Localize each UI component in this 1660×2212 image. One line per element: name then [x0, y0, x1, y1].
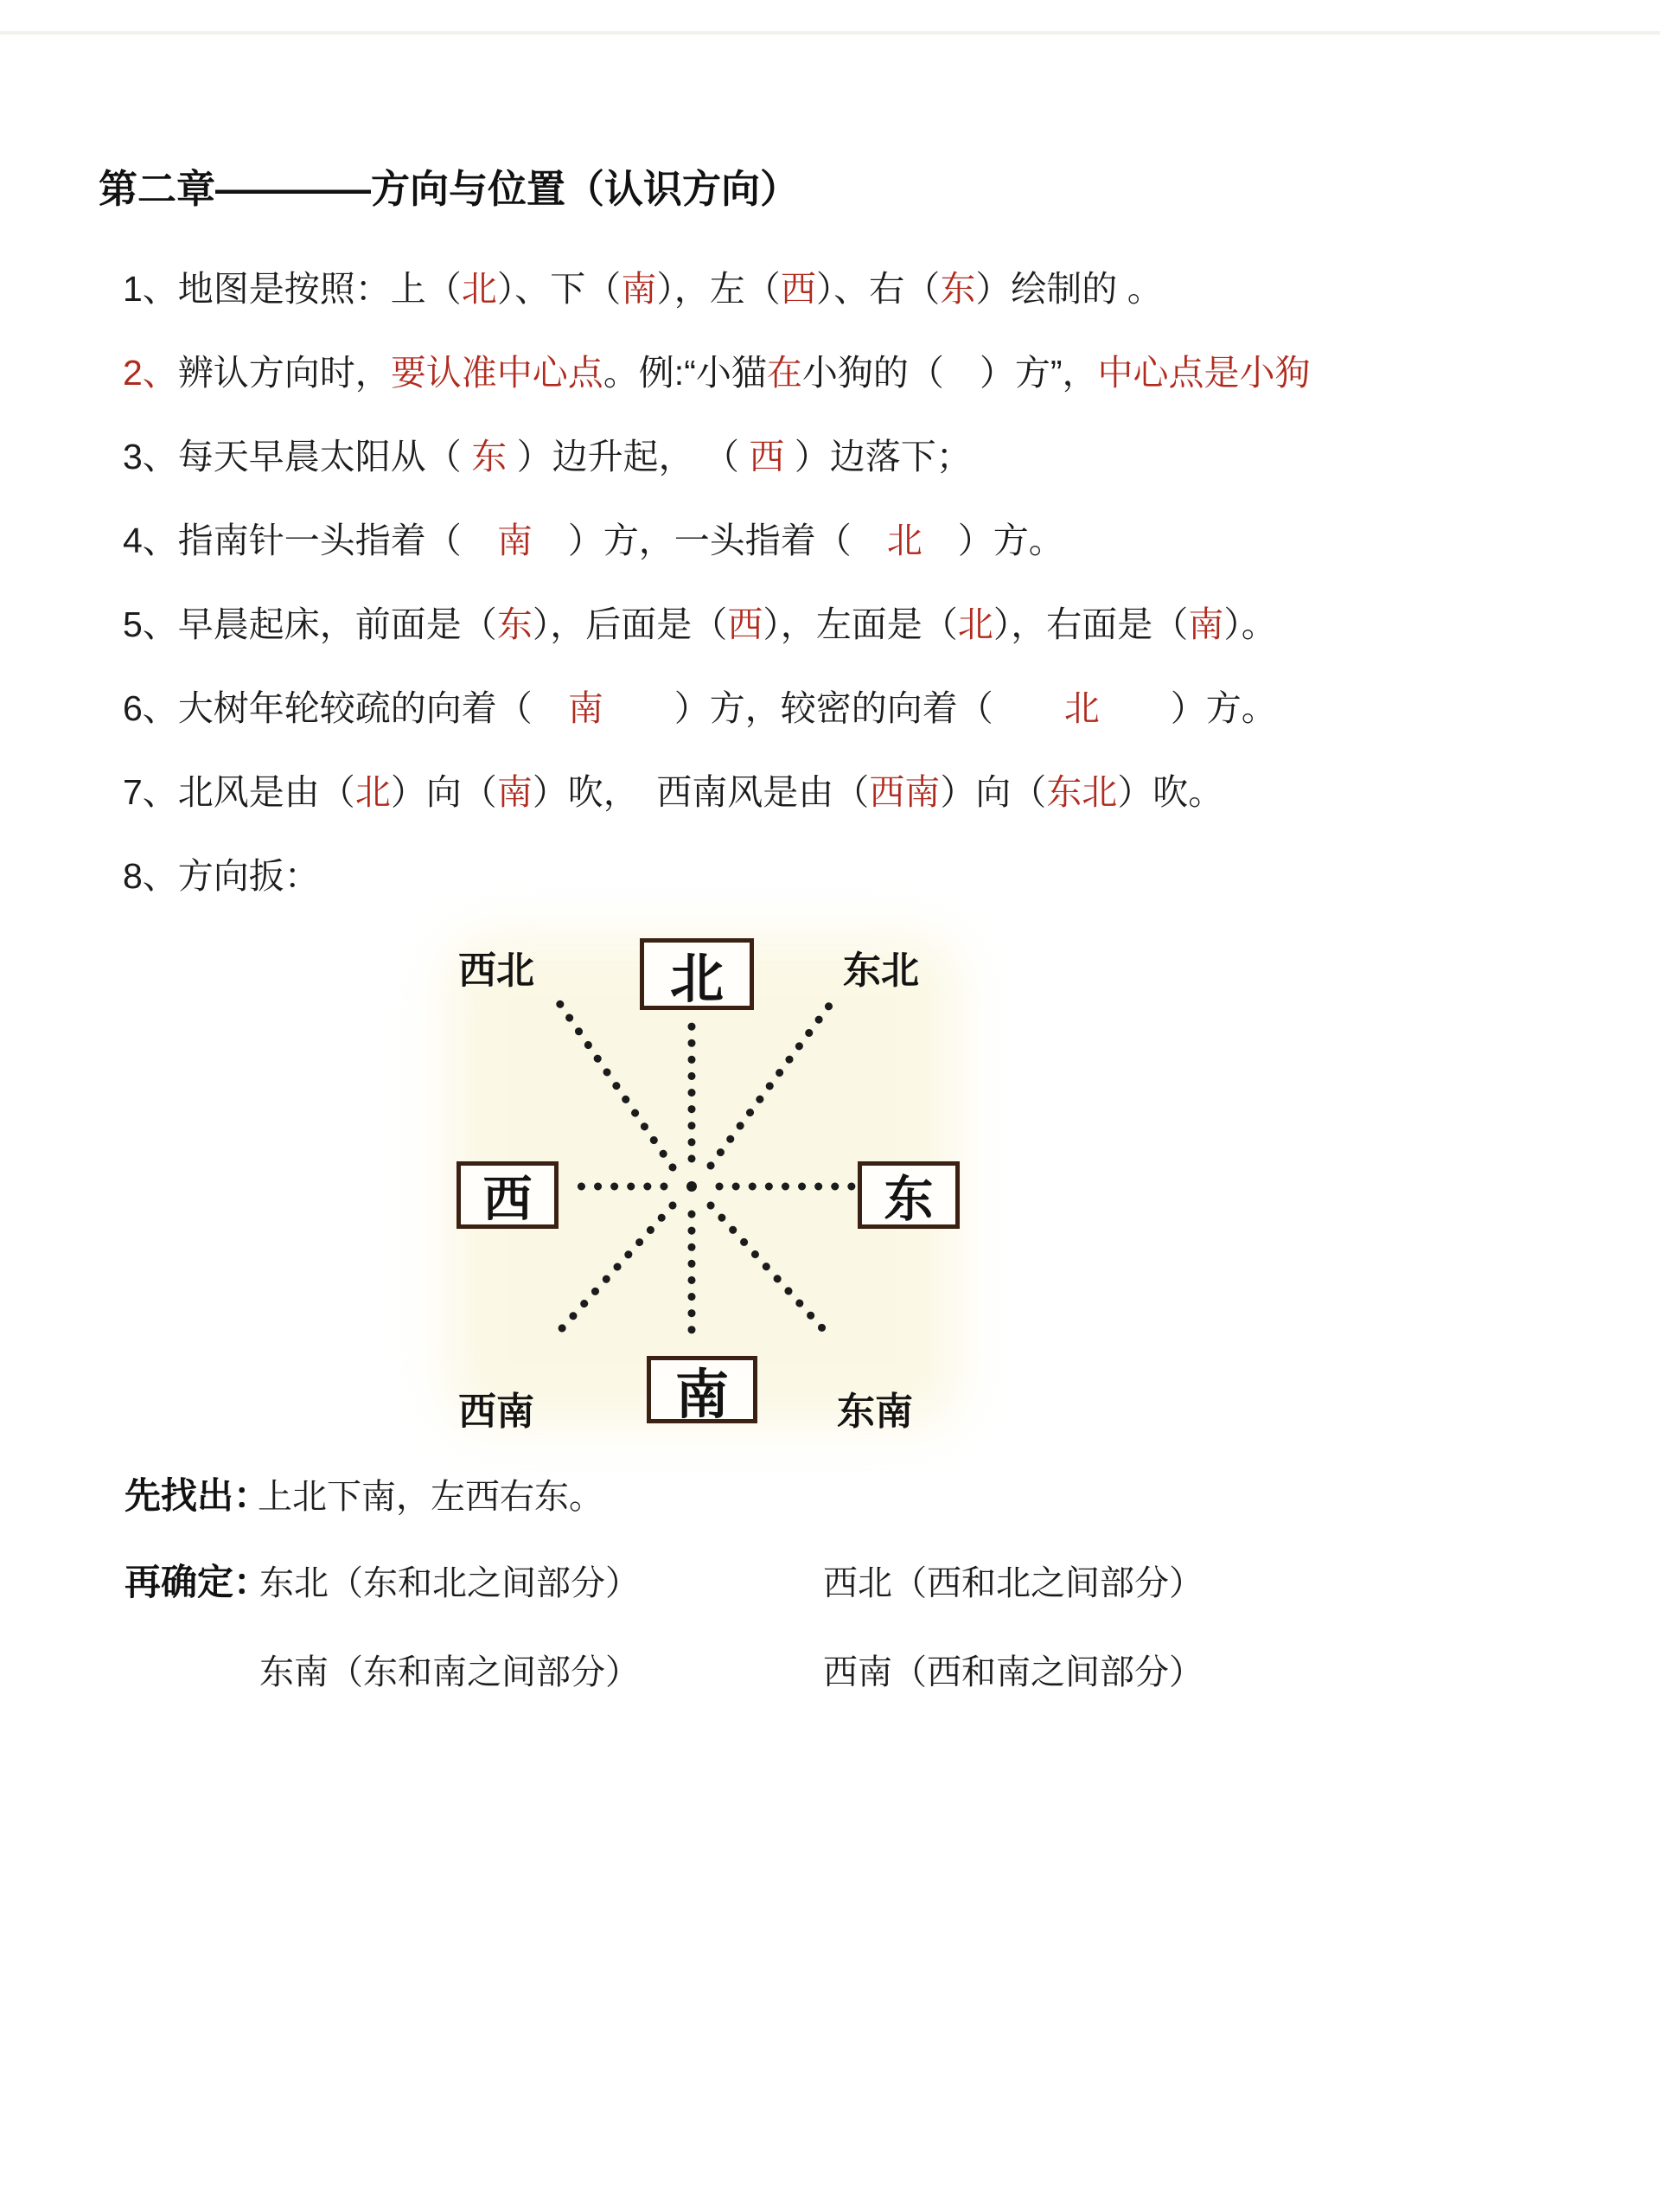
chapter-title: 第二章————方向与位置（认识方向） — [99, 157, 799, 214]
text-segment: ）方，一头指着（ — [533, 521, 887, 560]
text-segment: ）、下（ — [497, 269, 622, 309]
list-item-5: 5、早晨起床，前面是（东），后面是（西），左面是（北），右面是（南）。 — [123, 583, 1311, 667]
page-top-divider — [0, 31, 1660, 35]
text-segment: 8、方向扳： — [123, 856, 320, 896]
list-item-2: 2、辨认方向时，要认准中心点。例:“小猫在小狗的（ ）方”，中心点是小狗 — [123, 331, 1311, 415]
worksheet-page: 第二章————方向与位置（认识方向） 1、地图是按照：上（北）、下（南），左（西… — [0, 0, 1660, 2212]
find-first-text: 上北下南，左西右东。 — [258, 1469, 603, 1518]
text-segment: ），右面是（ — [993, 604, 1189, 644]
compass-label-southeast: 东南 — [837, 1380, 913, 1435]
text-segment: 北 — [887, 521, 923, 560]
text-segment: 小狗的（ ）方”， — [802, 353, 1098, 393]
compass-box-south: 南 — [647, 1356, 757, 1423]
text-segment: 东 — [940, 269, 975, 309]
text-segment: 辨认方向时， — [178, 353, 391, 393]
confirm-northeast-note: 东北（东和北之间部分） — [259, 1556, 640, 1605]
compass-box-east: 东 — [858, 1161, 960, 1229]
text-segment: ）方。 — [1100, 688, 1277, 728]
ray-southwest — [555, 1205, 673, 1336]
list-item-1: 1、地图是按照：上（北）、下（南），左（西）、右（东）绘制的 。 — [123, 247, 1311, 331]
compass-center-dot — [686, 1181, 697, 1192]
text-segment: 北 — [462, 269, 497, 309]
text-segment: 。例:“小猫 — [603, 353, 767, 393]
text-segment: ）边落下； — [784, 437, 971, 476]
text-segment: 2、 — [123, 353, 178, 393]
text-segment: 北 — [1064, 688, 1100, 728]
text-segment: 在 — [767, 353, 802, 393]
text-segment: 6、大树年轮较疏的向着（ — [123, 688, 568, 728]
text-segment: 北 — [958, 604, 993, 644]
text-segment: ）方，较密的向着（ — [603, 688, 1064, 728]
ray-southeast — [711, 1205, 832, 1339]
compass-diagram: 北 西 东 南 西北 东北 西南 东南 — [0, 899, 1660, 1470]
text-segment: 1、地图是按照：上（ — [123, 269, 462, 309]
text-segment: 东 — [471, 437, 507, 476]
text-segment: 南 — [1188, 604, 1223, 644]
ray-northeast — [711, 999, 834, 1166]
text-segment: ）吹， 西南风是由（ — [533, 772, 870, 812]
text-segment: ），左（ — [656, 269, 781, 309]
numbered-list: 1、地图是按照：上（北）、下（南），左（西）、右（东）绘制的 。 2、辨认方向时… — [123, 247, 1311, 918]
text-segment: 7、北风是由（ — [123, 772, 355, 812]
text-segment: 南 — [497, 772, 533, 812]
compass-label-northwest: 西北 — [458, 939, 534, 994]
compass-label-northeast: 东北 — [843, 939, 919, 994]
confirm-southwest-note: 西南（西和南之间部分） — [823, 1645, 1203, 1694]
text-segment: 中心点是小狗 — [1098, 353, 1311, 393]
compass-box-north: 北 — [640, 938, 754, 1010]
compass-label-southwest: 西南 — [458, 1380, 534, 1435]
compass-rays-svg — [0, 899, 1660, 1470]
ray-northwest — [553, 994, 673, 1167]
text-segment: 南 — [568, 688, 603, 728]
text-segment: ）向（ — [391, 772, 497, 812]
compass-box-west: 西 — [456, 1161, 559, 1229]
text-segment: ）绘制的 。 — [975, 269, 1162, 309]
text-segment: 3、每天早晨太阳从（ — [123, 437, 471, 476]
confirm-southeast-note: 东南（东和南之间部分） — [259, 1645, 640, 1694]
text-segment: ）边升起， （ — [507, 437, 749, 476]
text-segment: 北 — [355, 772, 391, 812]
find-first-label: 先找出： — [124, 1467, 270, 1519]
confirm-northwest-note: 西北（西和北之间部分） — [823, 1556, 1203, 1605]
then-confirm-label: 再确定： — [124, 1554, 270, 1606]
text-segment: 南 — [497, 521, 533, 560]
text-segment: ）向（ — [940, 772, 1046, 812]
text-segment: 东北 — [1046, 772, 1117, 812]
text-segment: ），左面是（ — [763, 604, 958, 644]
text-segment: ）吹。 — [1117, 772, 1223, 812]
text-segment: 西 — [727, 604, 763, 644]
list-item-7: 7、北风是由（北）向（南）吹， 西南风是由（西南）向（东北）吹。 — [123, 751, 1311, 834]
text-segment: ）方。 — [923, 521, 1064, 560]
text-segment: ），后面是（ — [533, 604, 728, 644]
list-item-6: 6、大树年轮较疏的向着（ 南 ）方，较密的向着（ 北 ）方。 — [123, 667, 1311, 751]
text-segment: 西南 — [869, 772, 940, 812]
text-segment: ）。 — [1223, 604, 1277, 644]
text-segment: 4、指南针一头指着（ — [123, 521, 497, 560]
text-segment: ）、右（ — [816, 269, 941, 309]
text-segment: 西 — [749, 437, 784, 476]
list-item-4: 4、指南针一头指着（ 南 ）方，一头指着（ 北 ）方。 — [123, 499, 1311, 583]
list-item-3: 3、每天早晨太阳从（ 东 ）边升起， （ 西 ）边落下； — [123, 415, 1311, 499]
text-segment: 要认准中心点 — [391, 353, 603, 393]
text-segment: 南 — [621, 269, 656, 309]
text-segment: 东 — [497, 604, 533, 644]
text-segment: 西 — [781, 269, 816, 309]
text-segment: 5、早晨起床，前面是（ — [123, 604, 497, 644]
